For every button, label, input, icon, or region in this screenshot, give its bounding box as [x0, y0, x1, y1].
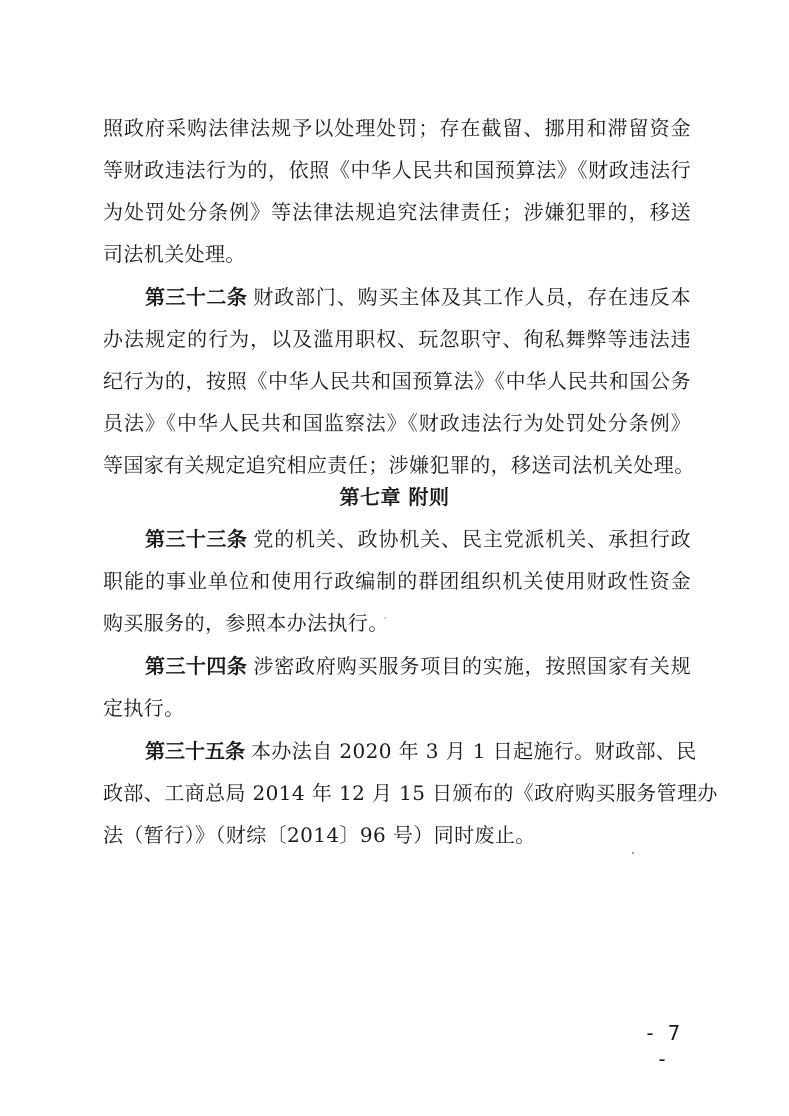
article-34-first-line: 第三十四条涉密政府购买服务项目的实施，按照国家有关规 [103, 651, 691, 681]
body-line: 购买服务的，参照本办法执行。 [103, 608, 691, 638]
document-page: 照政府采购法律法规予以处理处罚；存在截留、挪用和滞留资金 等财政违法行为的，依照… [0, 0, 789, 1116]
body-line: 办法规定的行为，以及滥用职权、玩忽职守、徇私舞弊等违法违 [103, 324, 691, 354]
article-text: 党的机关、政协机关、民主党派机关、承担行政 [253, 527, 691, 551]
scan-speck [384, 617, 386, 619]
article-label: 第三十二条 [145, 285, 247, 309]
body-line: 纪行为的，按照《中华人民共和国预算法》《中华人民共和国公务 [103, 366, 691, 396]
article-label: 第三十三条 [145, 527, 247, 551]
body-line: 员法》《中华人民共和国监察法》《财政违法行为处罚处分条例》 [103, 408, 691, 438]
article-text: 财政部门、购买主体及其工作人员，存在违反本 [253, 285, 691, 309]
article-text: 本办法自 2020 年 3 月 1 日起施行。财政部、民 [251, 739, 697, 763]
body-line: 为处罚处分条例》等法律法规追究法律责任；涉嫌犯罪的，移送 [103, 197, 691, 227]
body-line: 司法机关处理。 [103, 239, 691, 269]
body-line: 等国家有关规定追究相应责任；涉嫌犯罪的，移送司法机关处理。 [103, 450, 691, 480]
body-line: 法（暂行）》（财综〔2014〕96 号）同时废止。 [103, 820, 691, 850]
body-line: 等财政违法行为的，依照《中华人民共和国预算法》《财政违法行 [103, 155, 691, 185]
article-35-first-line: 第三十五条本办法自 2020 年 3 月 1 日起施行。财政部、民 [103, 736, 691, 766]
scan-speck [632, 852, 634, 854]
chapter-title: 第七章 附则 [0, 482, 789, 512]
body-line: 政部、工商总局 2014 年 12 月 15 日颁布的《政府购买服务管理办 [103, 778, 691, 808]
page-number: - 7 - [636, 1020, 688, 1046]
article-33-first-line: 第三十三条党的机关、政协机关、民主党派机关、承担行政 [103, 524, 691, 554]
body-line: 职能的事业单位和使用行政编制的群团组织机关使用财政性资金 [103, 566, 691, 596]
article-32-first-line: 第三十二条财政部门、购买主体及其工作人员，存在违反本 [103, 282, 691, 312]
body-line: 照政府采购法律法规予以处理处罚；存在截留、挪用和滞留资金 [103, 113, 691, 143]
article-label: 第三十五条 [145, 739, 245, 763]
body-line: 定执行。 [103, 693, 691, 723]
article-label: 第三十四条 [145, 654, 247, 678]
article-text: 涉密政府购买服务项目的实施，按照国家有关规 [253, 654, 691, 678]
